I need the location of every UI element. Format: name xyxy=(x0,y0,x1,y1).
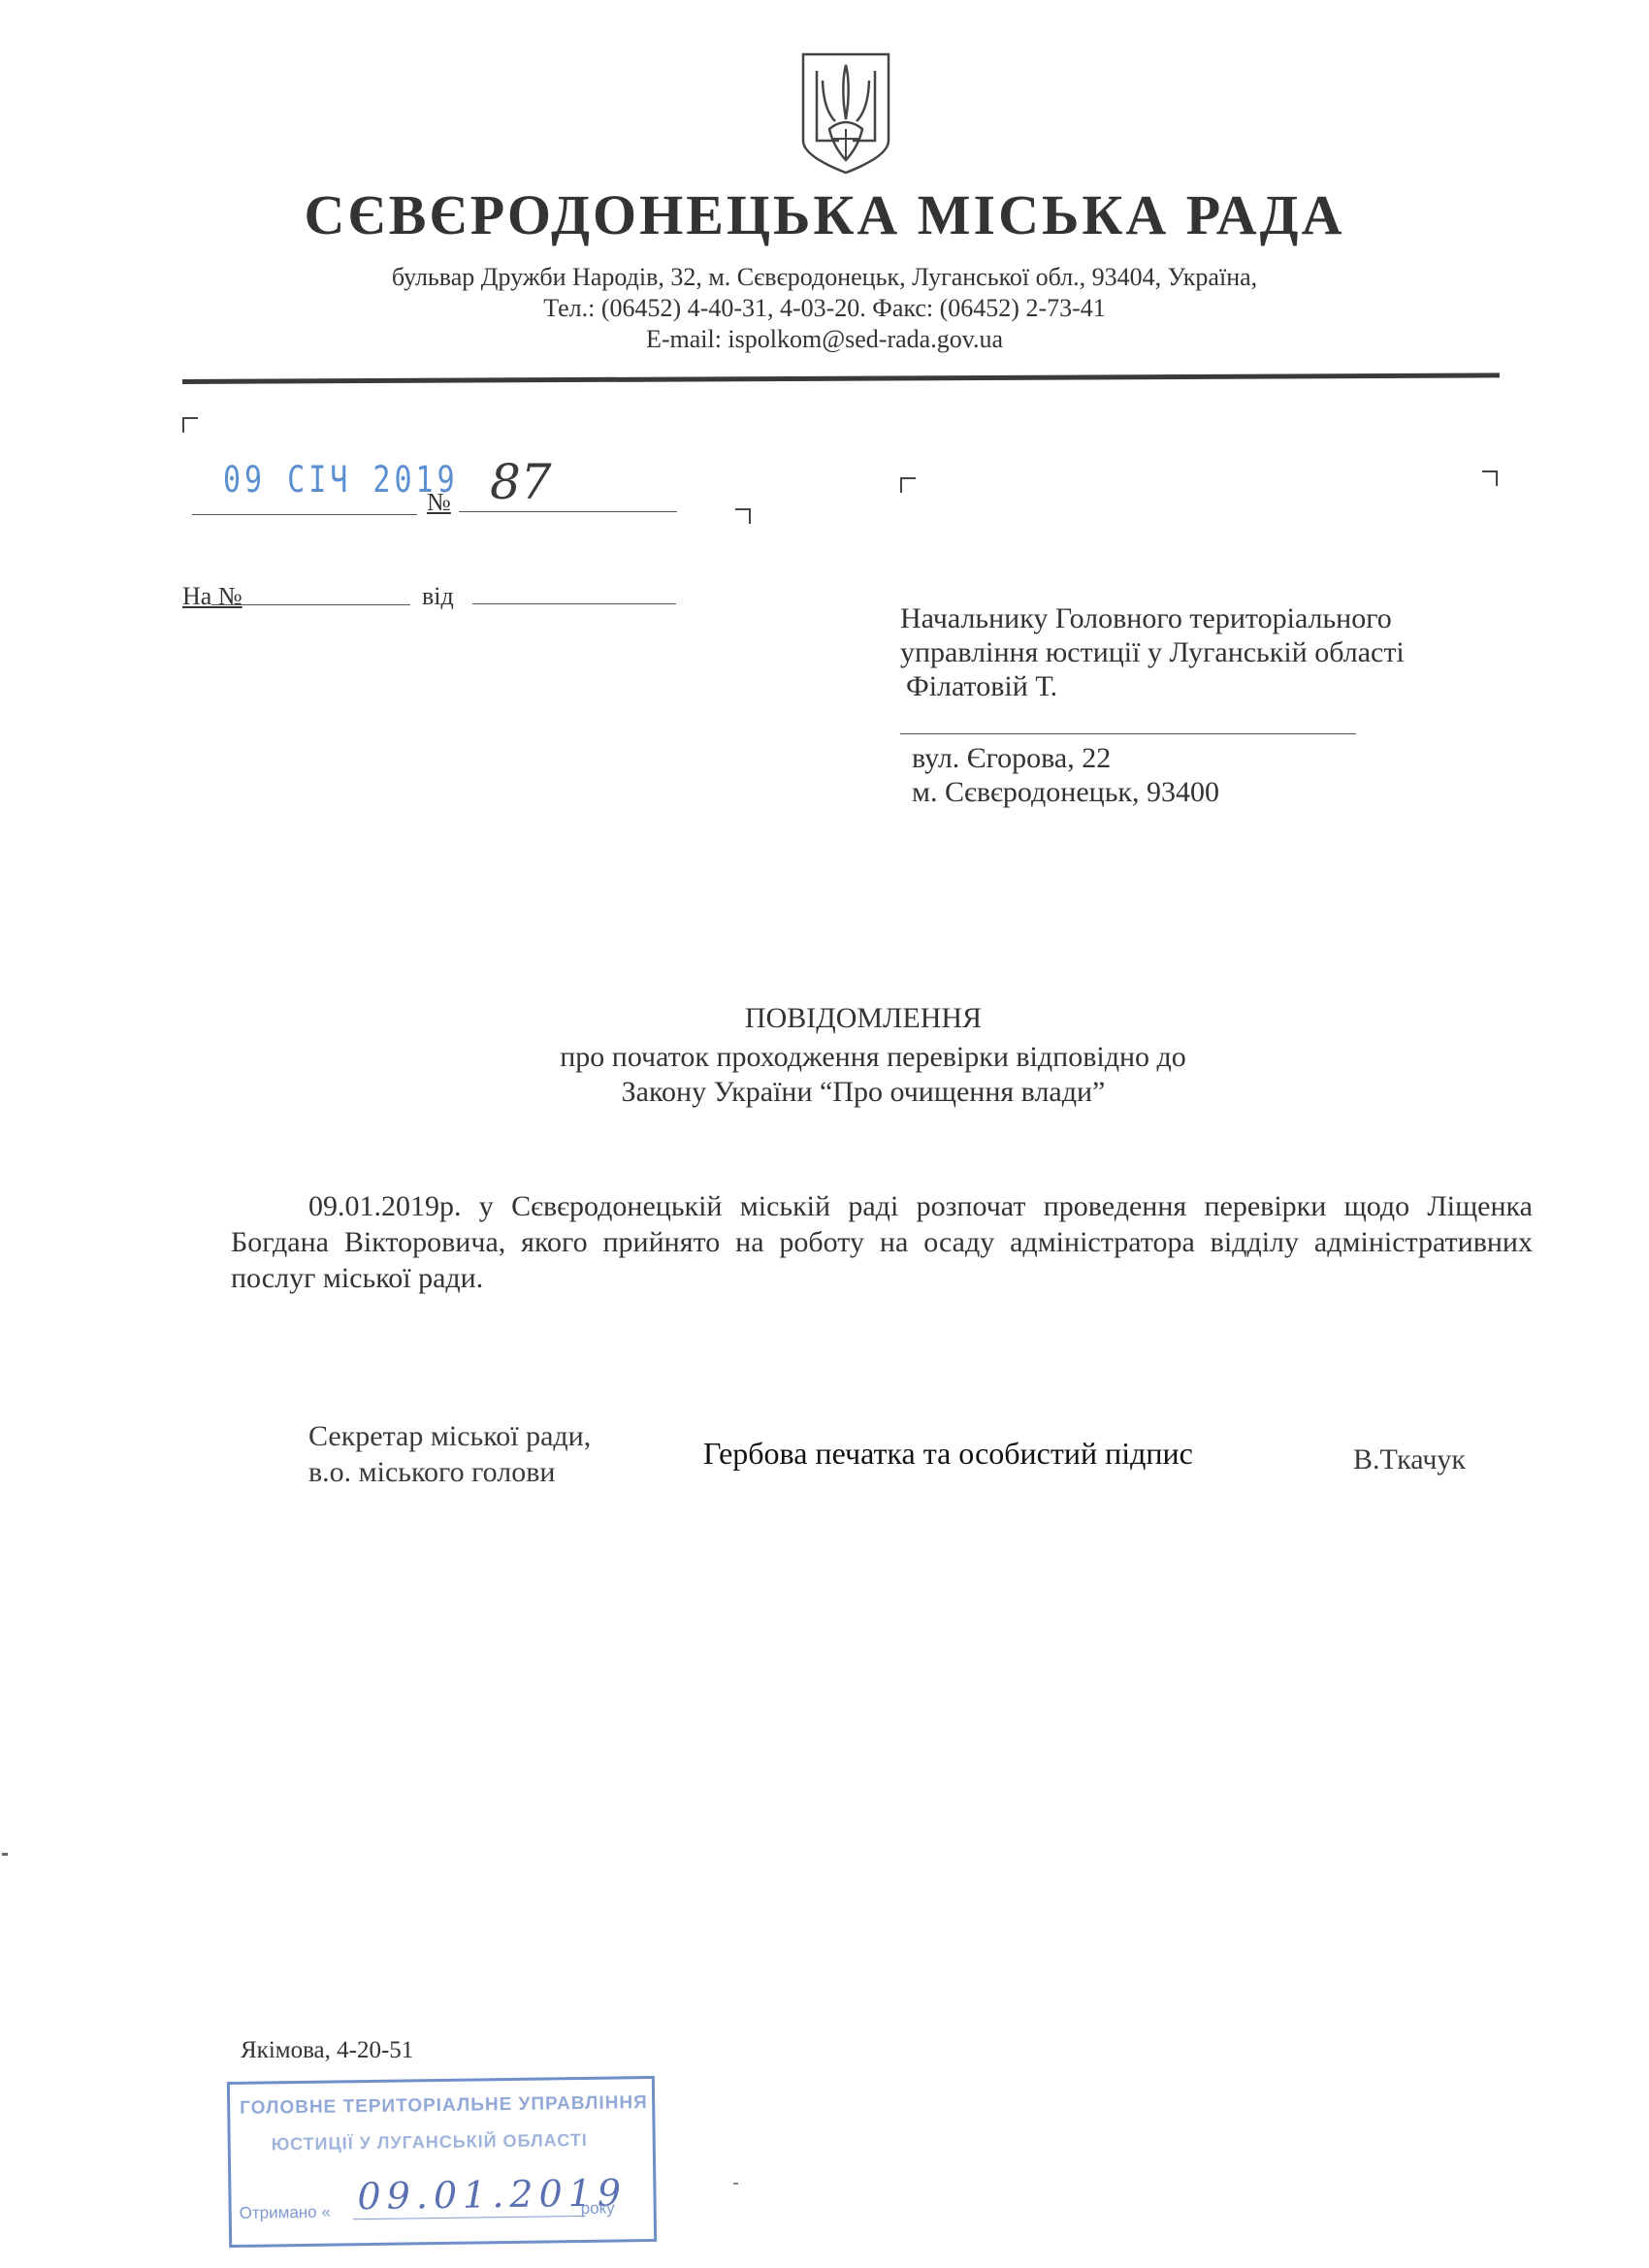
coat-of-arms-icon xyxy=(800,51,891,176)
recipient-city: м. Сєвєродонецьк, 93400 xyxy=(912,775,1219,809)
recipient-divider xyxy=(900,733,1356,734)
corner-mark-icon xyxy=(735,508,751,524)
recipient-line-3: Філатовій Т. xyxy=(900,669,1405,703)
date-underline xyxy=(192,514,417,515)
signatory-position: Секретар міської ради, в.о. міського гол… xyxy=(308,1418,591,1490)
recipient-line-2: управління юстиції у Луганській області xyxy=(900,635,1405,669)
corner-mark-icon xyxy=(900,477,916,493)
organization-title: СЄВЄРОДОНЕЦЬКА МІСЬКА РАДА xyxy=(0,182,1649,247)
reply-date-underline xyxy=(472,603,676,604)
reply-number-underline xyxy=(211,604,410,605)
signatory-position-line-2: в.о. міського голови xyxy=(308,1454,591,1490)
recipient-block: Начальнику Головного територіального упр… xyxy=(900,601,1405,703)
scan-mark xyxy=(2,1853,8,1856)
received-stamp: ГОЛОВНЕ ТЕРИТОРІАЛЬНЕ УПРАВЛІННЯ ЮСТИЦІЇ… xyxy=(227,2076,657,2248)
recipient-street: вул. Єгорова, 22 xyxy=(912,741,1219,775)
number-label: № xyxy=(427,488,451,517)
phone-line: Тел.: (06452) 4-40-31, 4-03-20. Факс: (0… xyxy=(0,293,1649,323)
stamp-line-1: ГОЛОВНЕ ТЕРИТОРІАЛЬНЕ УПРАВЛІННЯ xyxy=(240,2092,648,2120)
notice-subtitle-1: про початок проходження перевірки відпов… xyxy=(0,1040,1649,1075)
reply-to-label: На № xyxy=(182,582,242,611)
seal-and-signature-note: Гербова печатка та особистий підпис xyxy=(703,1436,1193,1472)
body-paragraph-block: 09.01.2019р. у Сєвєродонецькій міській р… xyxy=(231,1188,1533,1296)
outgoing-date-stamp: 09 СІЧ 2019 xyxy=(223,459,459,502)
number-underline xyxy=(459,511,677,512)
signatory-name: В.Ткачук xyxy=(1353,1443,1466,1476)
stamp-received-label: Отримано « xyxy=(240,2203,331,2223)
notice-subtitle-2: Закону України “Про очищення влади” xyxy=(0,1075,1649,1110)
letterhead-divider xyxy=(182,373,1500,384)
recipient-address: вул. Єгорова, 22 м. Сєвєродонецьк, 93400 xyxy=(912,741,1219,809)
executor-contact: Якімова, 4-20-51 xyxy=(241,2037,413,2064)
body-paragraph: 09.01.2019р. у Сєвєродонецькій міській р… xyxy=(231,1188,1533,1296)
outgoing-number: 87 xyxy=(490,454,552,510)
address-line: бульвар Дружби Народів, 32, м. Сєвєродон… xyxy=(0,262,1649,292)
corner-mark-icon xyxy=(182,417,198,433)
notice-title: ПОВІДОМЛЕННЯ xyxy=(0,1001,1649,1036)
stamp-line-2: ЮСТИЦІЇ У ЛУГАНСЬКІЙ ОБЛАСТІ xyxy=(272,2130,588,2155)
recipient-line-1: Начальнику Головного територіального xyxy=(900,601,1405,635)
signatory-position-line-1: Секретар міської ради, xyxy=(308,1418,591,1454)
from-label: від xyxy=(422,582,454,611)
stamp-suffix: року xyxy=(581,2199,615,2219)
email-line: E-mail: ispolkom@sed-rada.gov.ua xyxy=(0,324,1649,354)
corner-mark-icon xyxy=(1482,470,1498,486)
scan-mark xyxy=(733,2183,738,2185)
